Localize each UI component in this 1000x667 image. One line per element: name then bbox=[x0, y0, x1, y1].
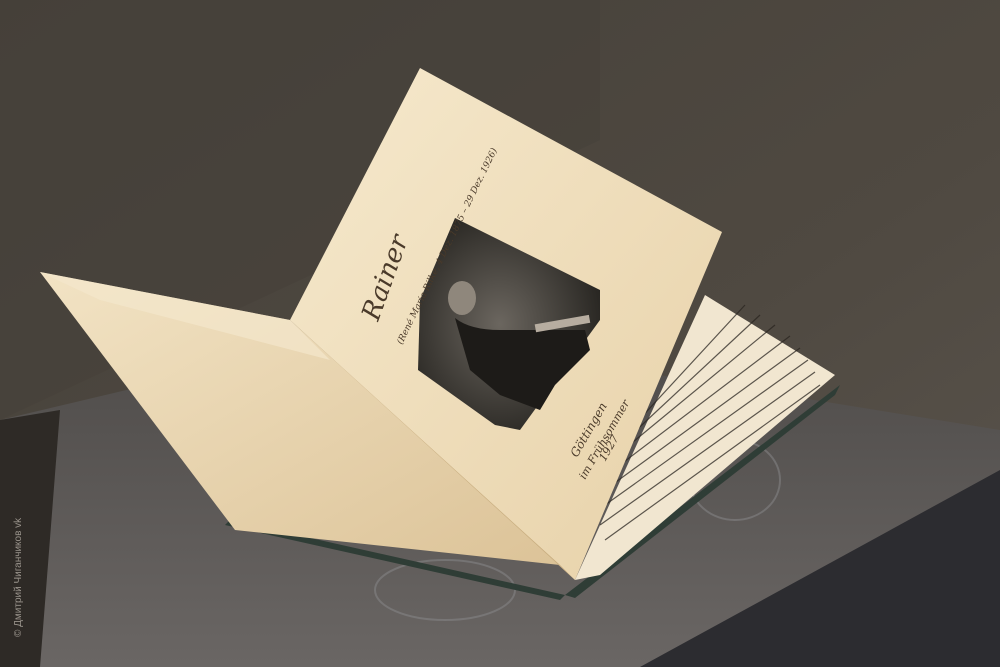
photo-scene: Rainer (René Maria Rilke, 4 Dez. 1875 – … bbox=[0, 0, 1000, 667]
display-case-photo: Rainer (René Maria Rilke, 4 Dez. 1875 – … bbox=[0, 0, 1000, 667]
photo-credit: © Дмитрий Чиганчиков vk bbox=[13, 518, 24, 637]
